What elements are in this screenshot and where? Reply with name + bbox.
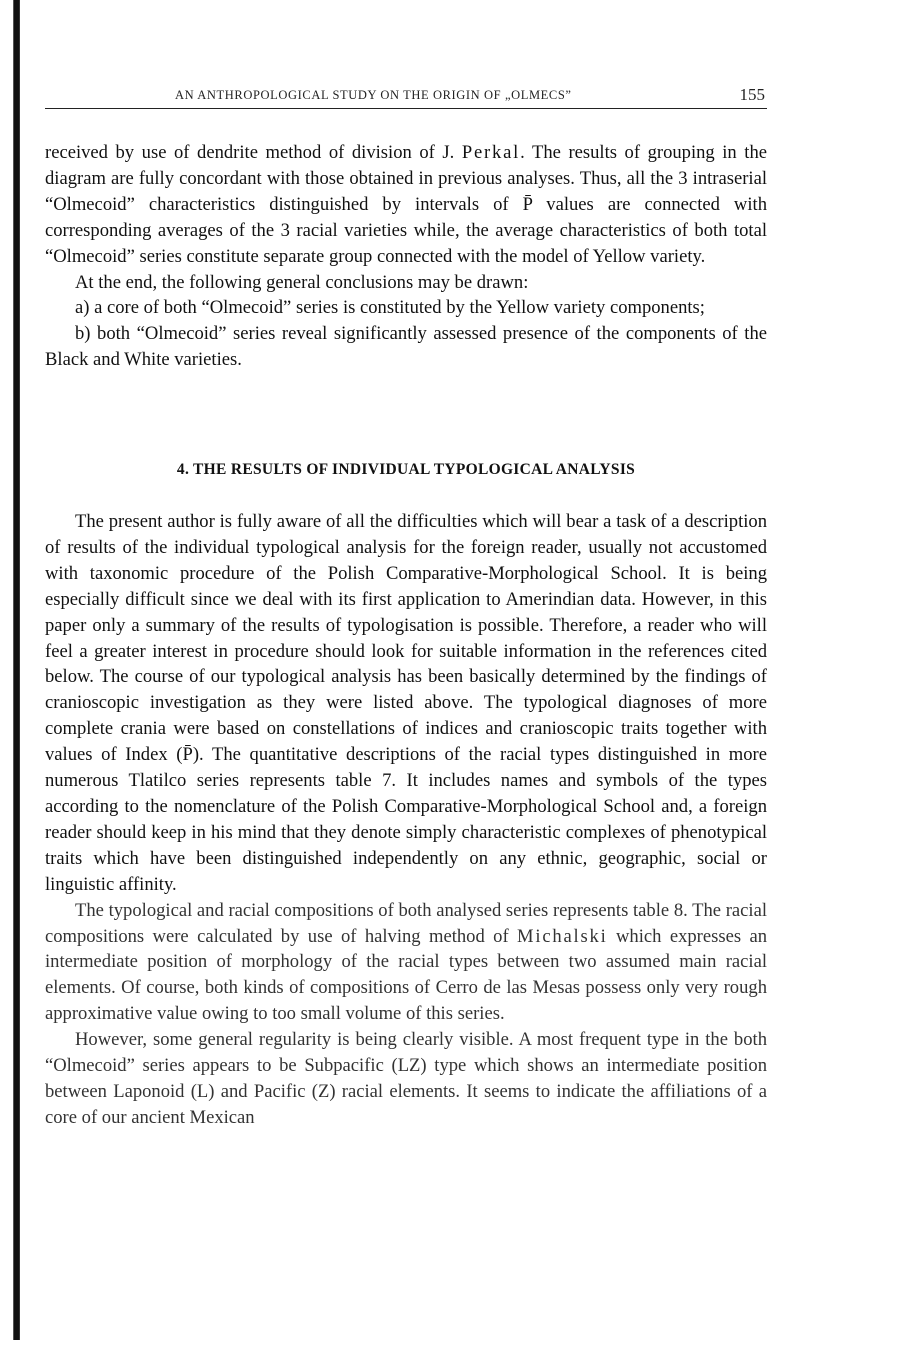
conclusion-b: b) both “Olmecoid” series reveal signifi…: [45, 321, 767, 373]
section-heading: 4. THE RESULTS OF INDIVIDUAL TYPOLOGICAL…: [45, 461, 767, 479]
paragraph: At the end, the following general conclu…: [45, 270, 767, 296]
paragraph: However, some general regularity is bein…: [45, 1027, 767, 1131]
running-title: AN ANTHROPOLOGICAL STUDY ON THE ORIGIN O…: [175, 88, 572, 103]
paragraph-text: received by use of dendrite method of di…: [45, 142, 462, 163]
paragraph: The present author is fully aware of all…: [45, 509, 767, 898]
section-text: The present author is fully aware of all…: [45, 509, 767, 1131]
author-name: Michalski: [517, 926, 608, 947]
intro-text: received by use of dendrite method of di…: [45, 140, 767, 373]
paragraph: received by use of dendrite method of di…: [45, 140, 767, 270]
page-binding-edge: [14, 0, 19, 1340]
author-name: Perkal: [462, 142, 520, 163]
paragraph: The typological and racial compositions …: [45, 898, 767, 1028]
running-header: AN ANTHROPOLOGICAL STUDY ON THE ORIGIN O…: [45, 86, 767, 109]
conclusion-a: a) a core of both “Olmecoid” series is c…: [45, 295, 767, 321]
page-number: 155: [740, 85, 766, 105]
